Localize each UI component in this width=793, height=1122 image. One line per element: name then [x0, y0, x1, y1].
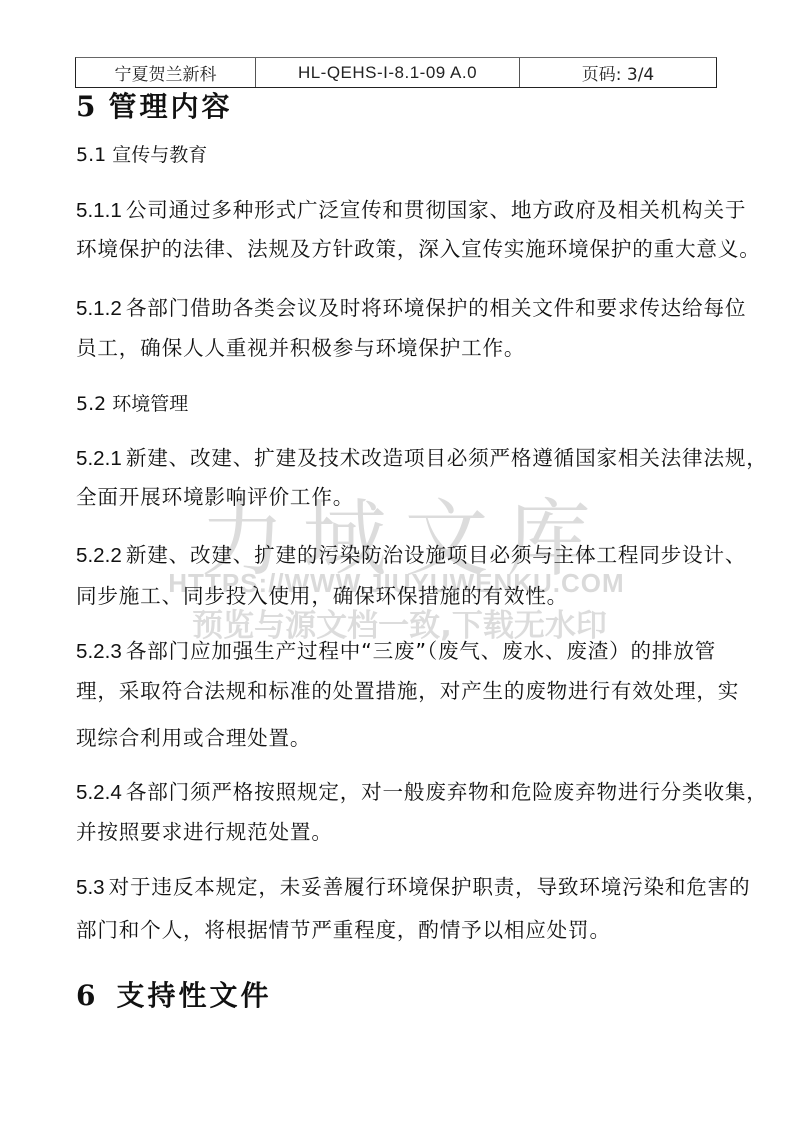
- paragraph-5-2-3-line-3: 现综合利用或合理处置。: [76, 728, 311, 749]
- clause-number: 5.2.4: [76, 781, 122, 804]
- clause-number: 5.2.2: [76, 544, 122, 567]
- paragraph-5-1-2-line-1: 5.1.2各部门借助各类会议及时将环境保护的相关文件和要求传达给每位: [76, 298, 746, 320]
- paragraph-text: 各部门应加强生产过程中“三废”（废气、废水、废渣）的排放管: [126, 639, 716, 663]
- section-title: 支持性文件: [116, 979, 271, 1012]
- clause-number: 5.3: [76, 876, 105, 899]
- paragraph-text: 新建、改建、扩建及技术改造项目必须严格遵循国家相关法律法规，: [126, 446, 768, 470]
- paragraph-5-2-1-line-2: 全面开展环境影响评价工作。: [76, 487, 354, 508]
- paragraph-text: 对于违反本规定，未妥善履行环境保护职责，导致环境污染和危害的: [109, 875, 751, 899]
- subsection-heading-5-2: 5.2 环境管理: [76, 395, 188, 414]
- section-heading-6: 6支持性文件: [76, 982, 272, 1010]
- section-number: 6: [76, 979, 98, 1012]
- document-code: HL-QEHS-I-8.1-09 A.0: [256, 58, 520, 87]
- paragraph-5-1-1-line-2: 环境保护的法律、法规及方针政策，深入宣传实施环境保护的重大意义。: [76, 239, 761, 260]
- document-header-table: 宁夏贺兰新科 HL-QEHS-I-8.1-09 A.0 页码: 3/4: [75, 57, 717, 88]
- paragraph-5-2-1-line-1: 5.2.1新建、改建、扩建及技术改造项目必须严格遵循国家相关法律法规，: [76, 448, 768, 470]
- paragraph-5-2-2-line-2: 同步施工、同步投入使用，确保环保措施的有效性。: [76, 586, 568, 607]
- clause-number: 5.1.2: [76, 297, 122, 320]
- page-number: 页码: 3/4: [520, 58, 716, 87]
- section-heading-5: 5管理内容: [76, 93, 233, 121]
- paragraph-5-2-4-line-1: 5.2.4各部门须严格按照规定，对一般废弃物和危险废弃物进行分类收集，: [76, 782, 768, 804]
- paragraph-5-1-1-line-1: 5.1.1公司通过多种形式广泛宣传和贯彻国家、地方政府及相关机构关于: [76, 200, 746, 222]
- paragraph-5-3-line-2: 部门和个人，将根据情节严重程度，酌情予以相应处罚。: [76, 920, 611, 941]
- clause-number: 5.1.1: [76, 199, 122, 222]
- document-page: 宁夏贺兰新科 HL-QEHS-I-8.1-09 A.0 页码: 3/4 力域文库…: [0, 0, 793, 1122]
- paragraph-5-1-2-line-2: 员工，确保人人重视并积极参与环境保护工作。: [76, 338, 525, 359]
- paragraph-text: 新建、改建、扩建的污染防治设施项目必须与主体工程同步设计、: [126, 543, 746, 567]
- paragraph-text: 公司通过多种形式广泛宣传和贯彻国家、地方政府及相关机构关于: [126, 198, 746, 222]
- company-name: 宁夏贺兰新科: [76, 58, 256, 87]
- paragraph-5-2-3-line-2: 理，采取符合法规和标准的处置措施，对产生的废物进行有效处理，实: [76, 681, 739, 702]
- section-title: 管理内容: [108, 90, 232, 123]
- clause-number: 5.2.1: [76, 447, 122, 470]
- paragraph-text: 各部门须严格按照规定，对一般废弃物和危险废弃物进行分类收集，: [126, 780, 768, 804]
- clause-number: 5.2.3: [76, 640, 122, 663]
- paragraph-5-2-4-line-2: 并按照要求进行规范处置。: [76, 822, 333, 843]
- paragraph-5-3-line-1: 5.3对于违反本规定，未妥善履行环境保护职责，导致环境污染和危害的: [76, 877, 750, 899]
- subsection-heading-5-1: 5.1 宣传与教育: [76, 146, 207, 165]
- paragraph-5-2-3-line-1: 5.2.3各部门应加强生产过程中“三废”（废气、废水、废渣）的排放管: [76, 641, 716, 663]
- paragraph-text: 各部门借助各类会议及时将环境保护的相关文件和要求传达给每位: [126, 296, 746, 320]
- paragraph-5-2-2-line-1: 5.2.2新建、改建、扩建的污染防治设施项目必须与主体工程同步设计、: [76, 545, 746, 567]
- section-number: 5: [76, 90, 98, 123]
